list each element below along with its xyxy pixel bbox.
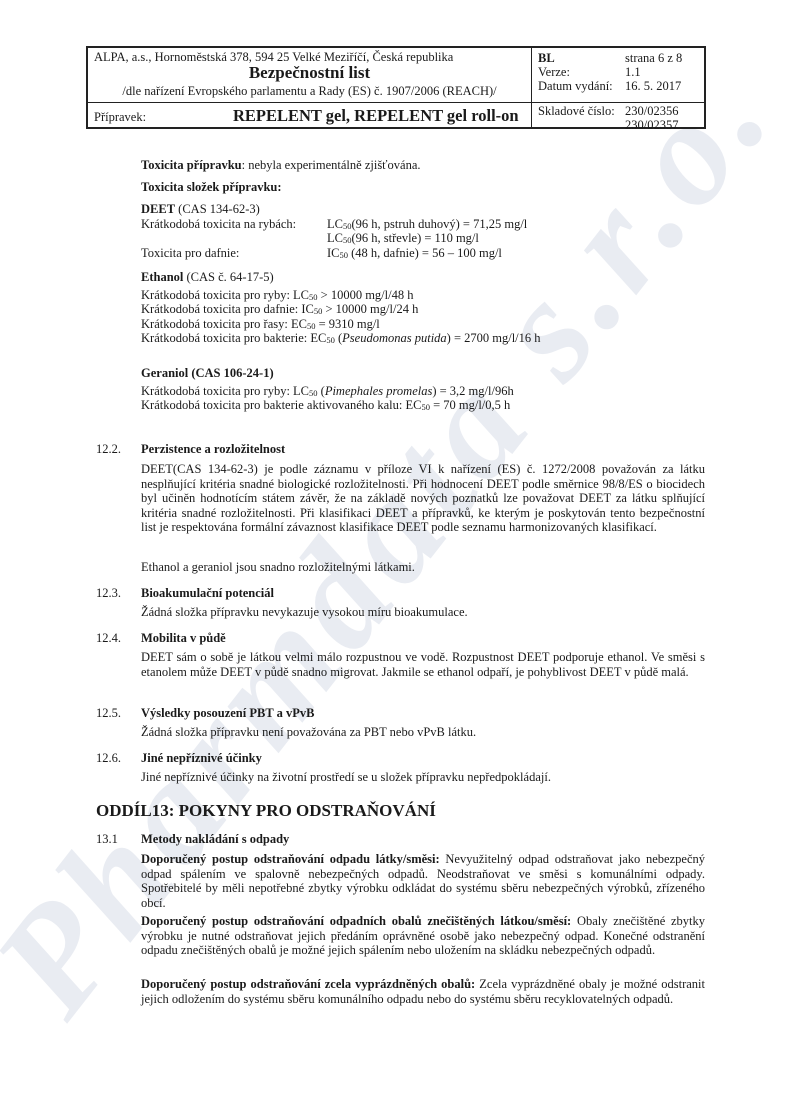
- version-label: Verze:: [538, 65, 625, 79]
- section-number: 12.5.: [96, 706, 121, 721]
- section-paragraph: DEET(CAS 134-62-3) je podle záznamu v př…: [141, 462, 705, 535]
- deet-row-post: (48 h, dafnie) = 56 – 100 mg/l: [348, 246, 502, 260]
- section-title: Mobilita v půdě: [141, 631, 226, 646]
- geraniol-row: Krátkodobá toxicita pro bakterie aktivov…: [141, 398, 705, 413]
- ethanol-row: Krátkodobá toxicita pro řasy: EC50 = 931…: [141, 317, 705, 332]
- geraniol-row-post: = 70 mg/l/0,5 h: [430, 398, 510, 412]
- section-number: 12.6.: [96, 751, 121, 766]
- product-label: Přípravek:: [94, 110, 146, 125]
- geraniol-row-species: Pimephales promelas: [325, 384, 433, 398]
- geraniol-row-post: ) = 3,2 mg/l/96h: [432, 384, 513, 398]
- ethanol-row: Krátkodobá toxicita pro dafnie: IC50 > 1…: [141, 302, 705, 317]
- header-divider-vertical: [531, 48, 532, 127]
- section-number: 12.4.: [96, 631, 121, 646]
- geraniol-row-mid: (: [318, 384, 325, 398]
- section-number: 13.1: [96, 832, 118, 847]
- section-paragraph: Ethanol a geraniol jsou snadno rozložite…: [141, 560, 705, 575]
- section-title: Jiné nepříznivé účinky: [141, 751, 262, 766]
- ethanol-cas: (CAS č. 64-17-5): [183, 270, 273, 284]
- product-name: REPELENT gel, REPELENT gel roll-on: [233, 106, 519, 126]
- doc-type: BL: [538, 51, 625, 65]
- section-13-heading: ODDÍL13: POKYNY PRO ODSTRAŇOVÁNÍ: [96, 801, 436, 821]
- deet-row-label: [141, 231, 327, 246]
- date-label: Datum vydání:: [538, 79, 625, 93]
- mixture-toxicity: Toxicita přípravku: nebyla experimentáln…: [141, 158, 705, 173]
- ethanol-row-pre: Krátkodobá toxicita pro ryby: LC: [141, 288, 309, 302]
- ethanol-row: Krátkodobá toxicita pro bakterie: EC50 (…: [141, 331, 705, 346]
- disposal-paragraph-lead: Doporučený postup odstraňování odpadu lá…: [141, 852, 440, 866]
- geraniol-title: Geraniol (CAS 106-24-1): [141, 366, 705, 381]
- section-title: Metody nakládání s odpady: [141, 832, 289, 847]
- document-header: ALPA, a.s., Hornoměstská 378, 594 25 Vel…: [86, 46, 706, 129]
- deet-row-label: Toxicita pro dafnie:: [141, 246, 327, 261]
- section-title: Bioakumulační potenciál: [141, 586, 274, 601]
- deet-row-sub: 50: [340, 250, 349, 260]
- section-paragraph: DEET sám o sobě je látkou velmi málo roz…: [141, 650, 705, 679]
- ethanol-row-sub: 50: [326, 335, 335, 345]
- deet-row-post: (96 h, střevle) = 110 mg/l: [351, 231, 478, 245]
- disposal-paragraph-lead: Doporučený postup odstraňování odpadních…: [141, 914, 571, 928]
- page-number: strana 6 z 8: [625, 51, 682, 65]
- ethanol-row-post: > 10000 mg/l/48 h: [318, 288, 414, 302]
- ethanol-row-post: > 10000 mg/l/24 h: [322, 302, 418, 316]
- geraniol-row-sub: 50: [421, 402, 430, 412]
- section-paragraph: Žádná složka přípravku nevykazuje vysoko…: [141, 605, 705, 620]
- geraniol-row-sub: 50: [309, 388, 318, 398]
- deet-row-pre: LC: [327, 231, 343, 245]
- deet-row: LC50(96 h, střevle) = 110 mg/l: [141, 231, 705, 246]
- version-value: 1.1: [625, 65, 641, 79]
- ethanol-name: Ethanol: [141, 270, 183, 284]
- ethanol-row-pre: Krátkodobá toxicita pro řasy: EC: [141, 317, 307, 331]
- deet-row: Toxicita pro dafnie:IC50 (48 h, dafnie) …: [141, 246, 705, 261]
- geraniol-row-pre: Krátkodobá toxicita pro ryby: LC: [141, 384, 309, 398]
- ethanol-row: Krátkodobá toxicita pro ryby: LC50 > 100…: [141, 288, 705, 303]
- date-value: 16. 5. 2017: [625, 79, 681, 93]
- ethanol-row-pre: Krátkodobá toxicita pro bakterie: EC: [141, 331, 326, 345]
- deet-name: DEET: [141, 202, 175, 216]
- deet-row-pre: LC: [327, 217, 343, 231]
- header-divider-horizontal: [88, 102, 704, 103]
- disposal-paragraph: Doporučený postup odstraňování zcela vyp…: [141, 977, 705, 1006]
- stock-number-2: 230/02357: [625, 118, 678, 132]
- ethanol-row-species: Pseudomonas putida: [342, 331, 447, 345]
- ethanol-block: Ethanol (CAS č. 64-17-5) Krátkodobá toxi…: [141, 270, 705, 346]
- deet-cas: (CAS 134-62-3): [175, 202, 260, 216]
- deet-row-pre: IC: [327, 246, 340, 260]
- geraniol-block: Geraniol (CAS 106-24-1) Krátkodobá toxic…: [141, 366, 705, 413]
- disposal-paragraph: Doporučený postup odstraňování odpadu lá…: [141, 852, 705, 910]
- components-toxicity-title: Toxicita složek přípravku:: [141, 180, 705, 195]
- mixture-toxicity-label: Toxicita přípravku: [141, 158, 242, 172]
- stock-number-1: 230/02356: [625, 104, 678, 118]
- deet-row-label: Krátkodobá toxicita na rybách:: [141, 217, 327, 232]
- stock-number: Skladové číslo: 230/02356230/02357: [538, 104, 678, 132]
- ethanol-row-post: = 9310 mg/l: [315, 317, 379, 331]
- regulation-reference: /dle nařízení Evropského parlamentu a Ra…: [88, 84, 531, 99]
- section-number: 12.2.: [96, 442, 121, 457]
- document-title: Bezpečnostní list: [88, 63, 531, 83]
- section-paragraph: Jiné nepříznivé účinky na životní prostř…: [141, 770, 705, 785]
- ethanol-row-sub: 50: [309, 292, 318, 302]
- ethanol-row-post: ) = 2700 mg/l/16 h: [447, 331, 541, 345]
- disposal-paragraph: Doporučený postup odstraňování odpadních…: [141, 914, 705, 958]
- ethanol-row-pre: Krátkodobá toxicita pro dafnie: IC: [141, 302, 314, 316]
- geraniol-row-pre: Krátkodobá toxicita pro bakterie aktivov…: [141, 398, 421, 412]
- section-number: 12.3.: [96, 586, 121, 601]
- section-title: Výsledky posouzení PBT a vPvB: [141, 706, 314, 721]
- geraniol-row: Krátkodobá toxicita pro ryby: LC50 (Pime…: [141, 384, 705, 399]
- section-paragraph: Žádná složka přípravku není považována z…: [141, 725, 705, 740]
- stock-label: Skladové číslo:: [538, 104, 625, 132]
- deet-row-post: (96 h, pstruh duhový) = 71,25 mg/l: [351, 217, 527, 231]
- mixture-toxicity-text: : nebyla experimentálně zjišťována.: [242, 158, 421, 172]
- disposal-paragraph-lead: Doporučený postup odstraňování zcela vyp…: [141, 977, 475, 991]
- section-title: Perzistence a rozložitelnost: [141, 442, 285, 457]
- document-meta: BLstrana 6 z 8 Verze:1.1 Datum vydání:16…: [538, 51, 682, 93]
- deet-block: DEET (CAS 134-62-3) Krátkodobá toxicita …: [141, 202, 705, 260]
- deet-row: Krátkodobá toxicita na rybách:LC50(96 h,…: [141, 217, 705, 232]
